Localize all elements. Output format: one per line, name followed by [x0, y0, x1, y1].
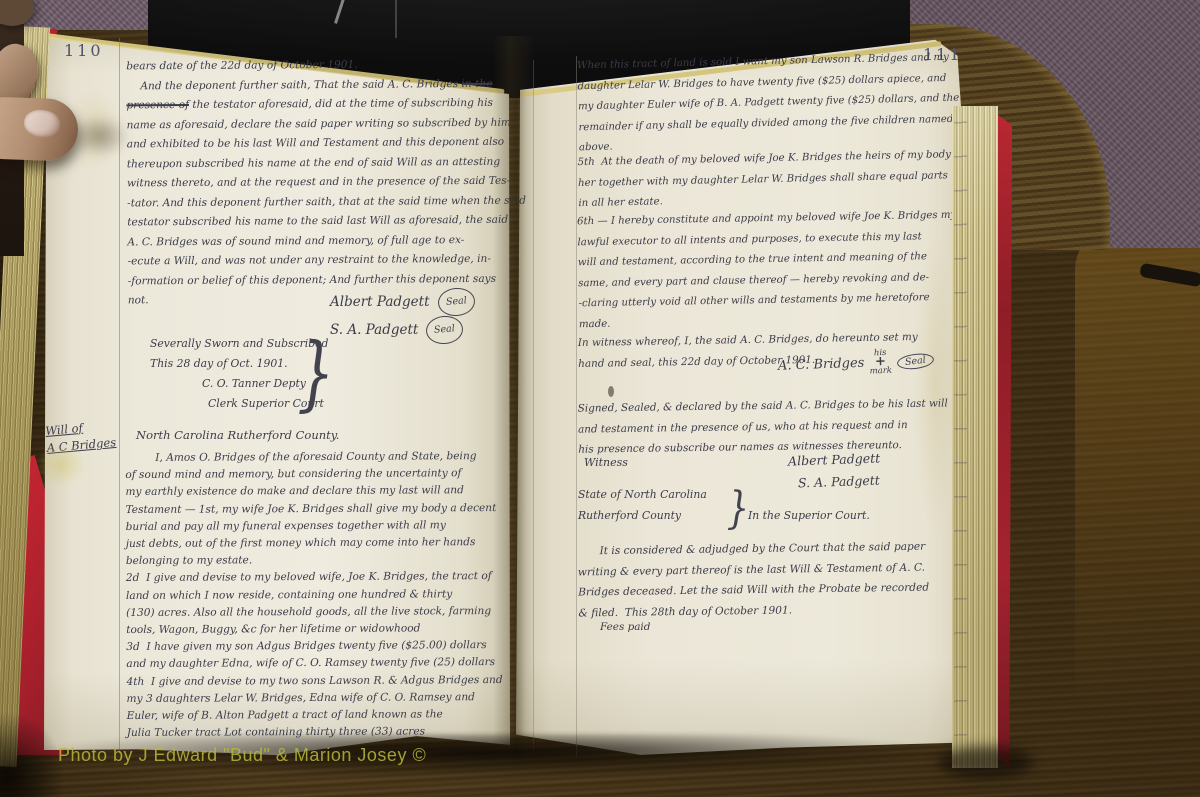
will-heading: North Carolina Rutherford County. [136, 428, 339, 442]
attestation-clause: Signed, Sealed, & declared by the said A… [578, 393, 949, 460]
seal-mark: Seal [425, 314, 464, 345]
handwriting-line: (130) acres. Also all the household good… [126, 603, 502, 622]
his-mark: his + mark [869, 349, 892, 376]
right-page-edge-stack [952, 106, 998, 768]
witness-signature: Albert Padgett [788, 450, 881, 468]
handwriting-line: my earthly existence do make and declare… [125, 482, 501, 501]
will-item-5: 5th At the death of my beloved wife Joe … [577, 145, 967, 215]
handwriting-line: And the deponent further saith, That the… [140, 74, 525, 96]
fees-note: Fees paid [600, 621, 650, 633]
witness-signature: S. A. Padgett [798, 473, 880, 491]
witness-label: Witness [584, 456, 628, 469]
handwriting-line: just debts, out of the first money which… [126, 534, 502, 553]
handwriting-line: presence of the testator aforesaid, did … [126, 94, 525, 116]
seal-mark: Seal [896, 351, 934, 370]
signature-row: Albert Padgett Seal [330, 288, 474, 316]
line-text: And the deponent further saith, That the… [140, 78, 461, 92]
struck-text: in the [461, 77, 492, 89]
photo-of-will-book: 110 111 bears date of the 22d day of Oct… [0, 0, 1200, 797]
mark-word-bottom: mark [870, 367, 893, 376]
witness-signatures: Albert Padgett Seal S. A. Padgett Seal [330, 288, 474, 344]
page-edge-stain [26, 435, 96, 495]
handwriting-line: witness thereto, and at the request and … [127, 172, 526, 194]
handwriting-line: belonging to my estate. [126, 551, 502, 570]
handwriting-line: 4th I give and devise to my two sons Law… [126, 672, 502, 691]
bottom-left-shadow [0, 688, 95, 797]
signature-name: A. C. Bridges [778, 355, 865, 373]
handwriting-line: burial and pay all my funeral expenses t… [126, 517, 502, 536]
handwriting-line: I, Amos O. Bridges of the aforesaid Coun… [155, 448, 501, 467]
line-text: the testator aforesaid, did at the time … [189, 97, 493, 111]
will-body-paragraphs: I, Amos O. Bridges of the aforesaid Coun… [125, 448, 503, 742]
seal-mark: Seal [436, 286, 475, 317]
fore-edge-shadow [938, 746, 1033, 778]
handwriting-line: -ecute a Will, and was not under any res… [127, 250, 526, 272]
handwriting-line: Euler, wife of B. Alton Padgett a tract … [127, 706, 503, 725]
table-side-surface [1075, 225, 1200, 715]
handwriting-line: of sound mind and memory, but considerin… [125, 465, 501, 484]
handwriting-line: and my daughter Edna, wife of C. O. Rams… [126, 654, 502, 673]
page-number-110: 110 [64, 41, 104, 60]
handwriting-line: my 3 daughters Lelar W. Bridges, Edna wi… [126, 689, 502, 708]
venue-county: Rutherford County [578, 509, 681, 522]
venue-state: State of North Carolina [578, 488, 707, 501]
handwriting-line: and exhibited to be his last Will and Te… [127, 133, 526, 155]
probate-order-paragraph: It is considered & adjudged by the Court… [577, 537, 929, 624]
testator-signature: A. C. Bridges his + mark Seal [778, 347, 934, 378]
handwriting-line: 3d I have given my son Adgus Bridges twe… [126, 637, 502, 656]
signature-row: S. A. Padgett Seal [330, 316, 474, 344]
handwriting-line: 2d I give and devise to my beloved wife,… [126, 568, 502, 587]
attestation-lines: name as aforesaid, declare the said pape… [127, 113, 527, 311]
handwriting-line: Testament — 1st, my wife Joe K. Bridges … [126, 500, 502, 519]
will-item-6: 6th — I hereby constitute and appoint my… [577, 206, 958, 336]
photographer-watermark: Photo by J Edward "Bud" & Marion Josey © [58, 745, 426, 766]
signature-name: S. A. Padgett [330, 318, 418, 342]
handwriting-line: tools, Wagon, Buggy, &c for her lifetime… [126, 620, 502, 639]
handwriting-line: testator subscribed his name to the said… [127, 211, 526, 233]
will-continuation-paragraph: When this tract of land is sold I want m… [577, 48, 961, 159]
handwriting-line: land on which I now reside, containing o… [126, 586, 502, 605]
attestation-paragraph: bears date of the 22d day of October 190… [126, 55, 527, 311]
venue-brace: } [727, 483, 749, 534]
venue-court: In the Superior Court. [748, 509, 870, 522]
signature-name: Albert Padgett [330, 290, 430, 314]
strap-line [395, 0, 397, 38]
book-gutter-shadow [493, 36, 535, 760]
jurat-brace: } [297, 326, 334, 421]
ink-blot [608, 386, 614, 397]
